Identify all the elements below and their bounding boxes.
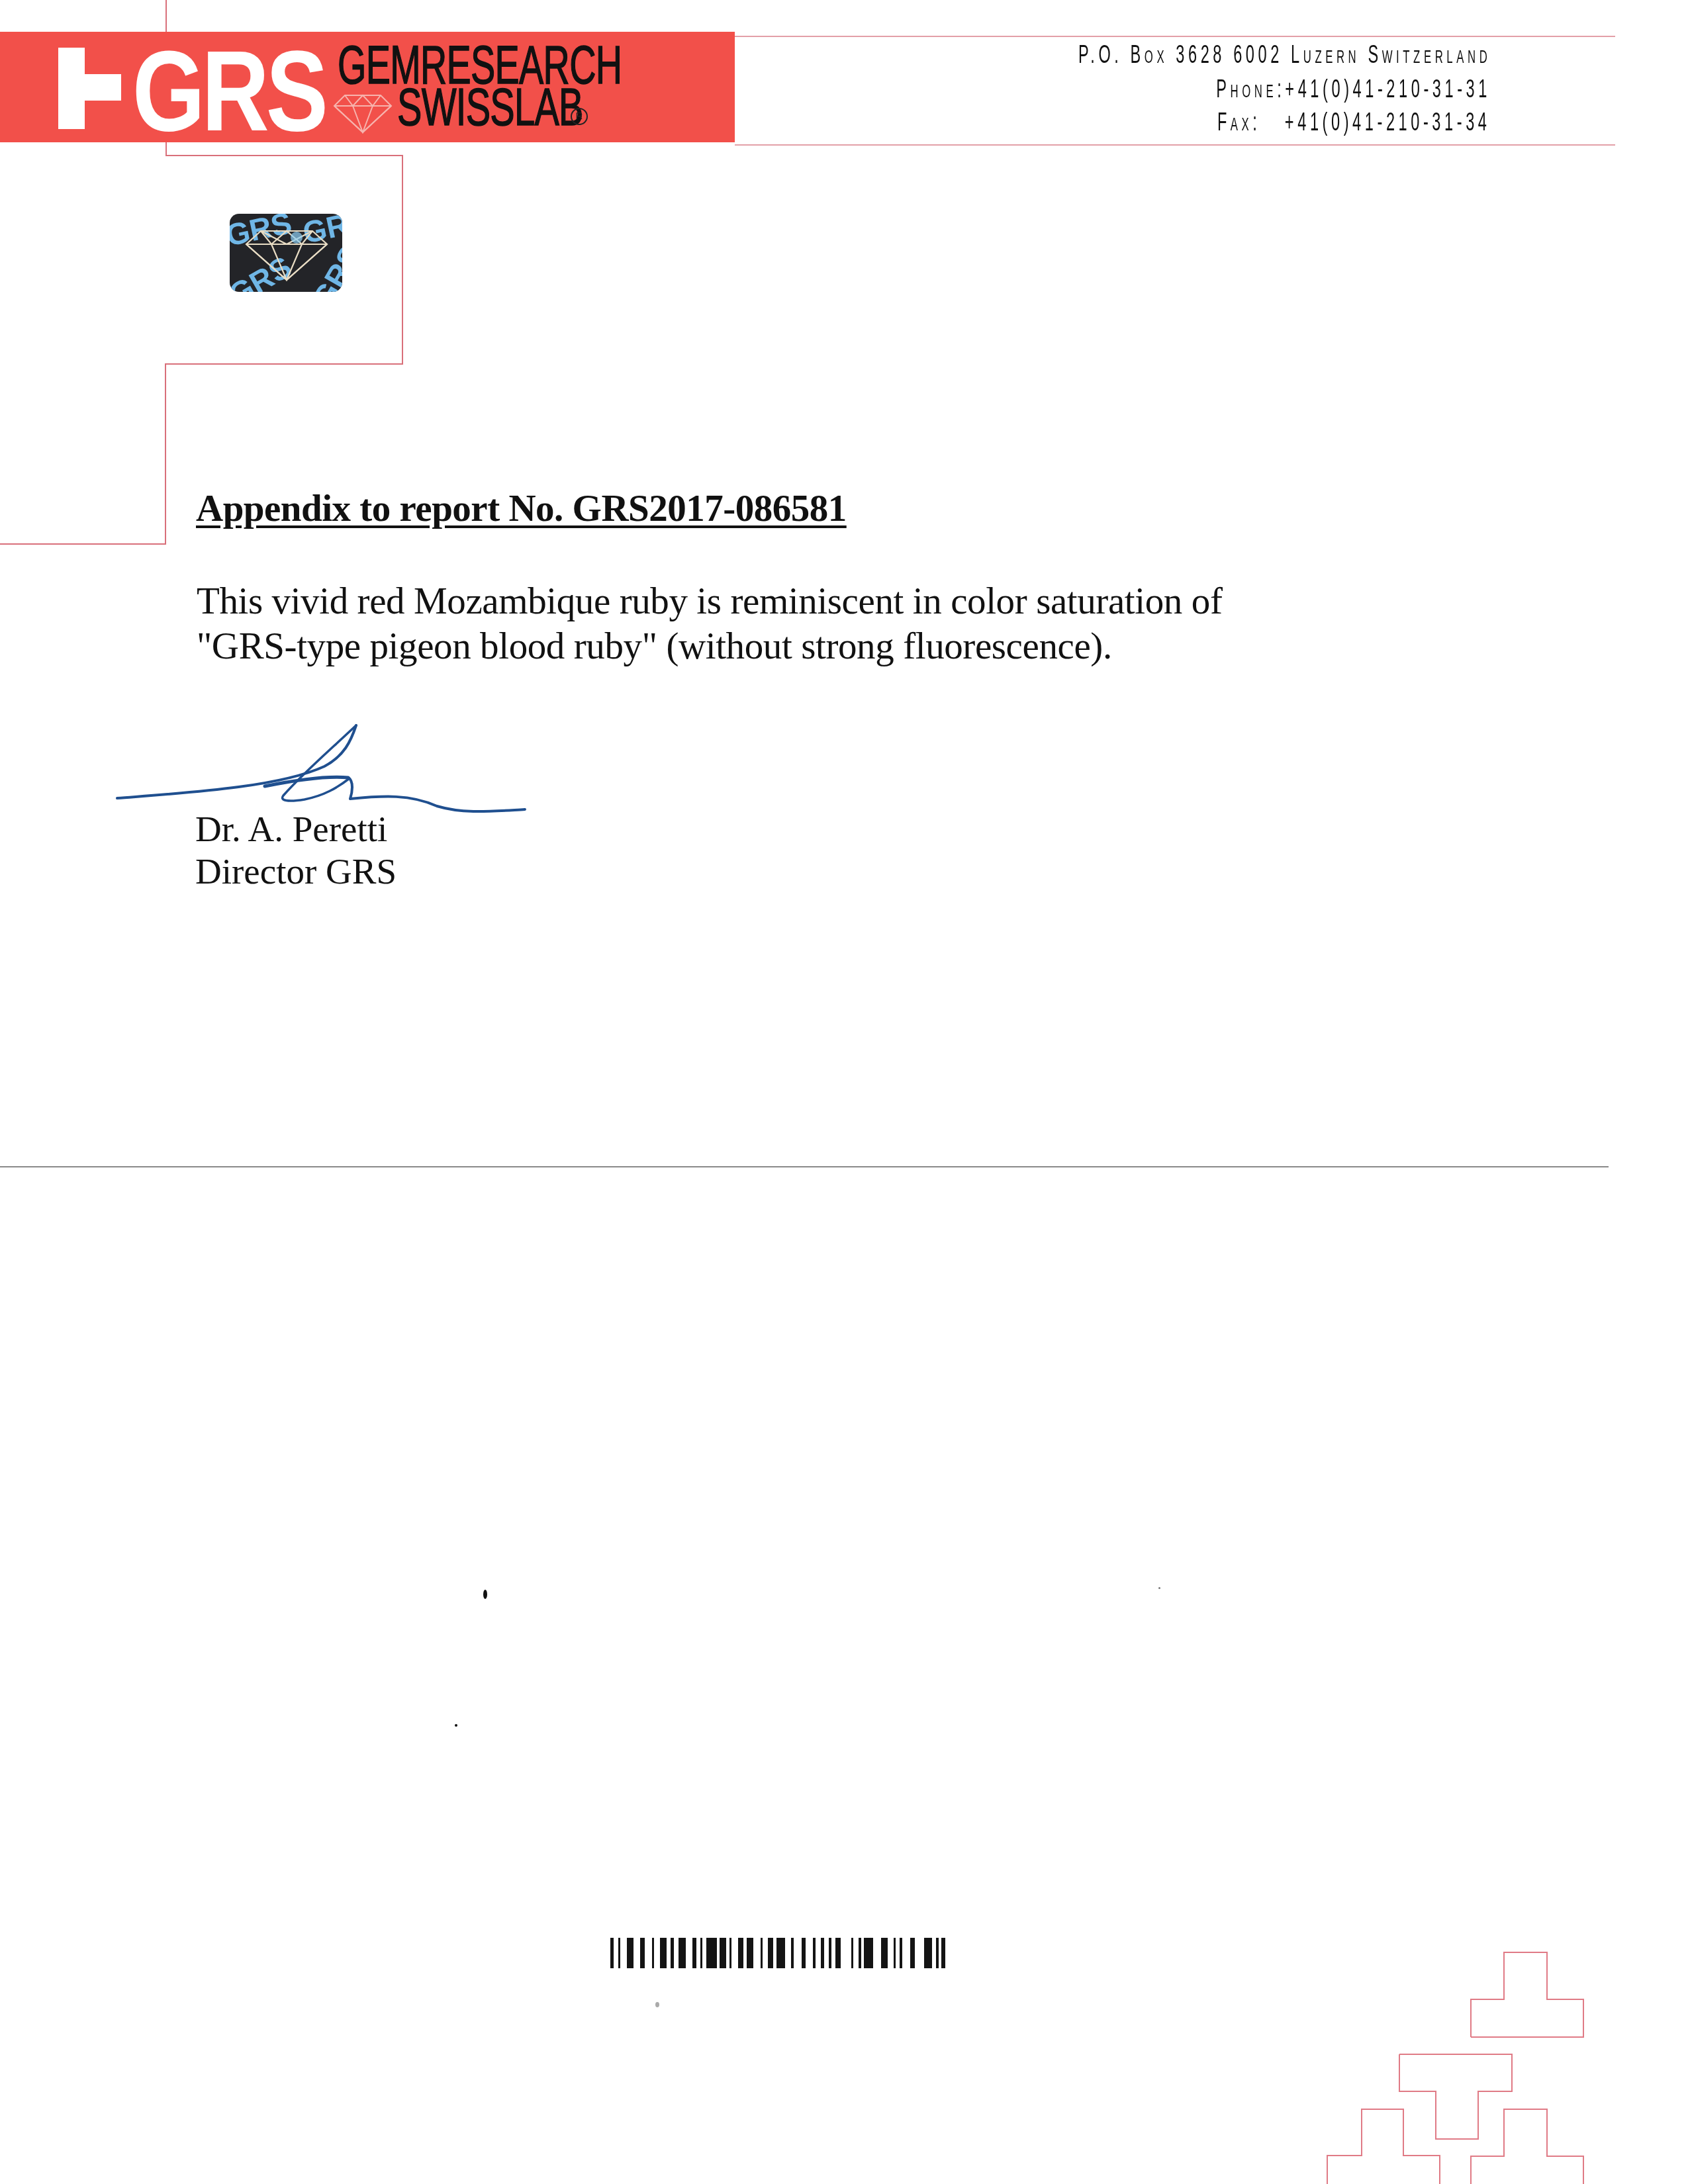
barcode-bar (747, 1938, 753, 1968)
barcode-bar (791, 1938, 794, 1968)
barcode-bar (671, 1938, 674, 1968)
barcode-bar (738, 1938, 743, 1968)
barcode-bar (618, 1938, 620, 1968)
signatory-title: Director GRS (195, 850, 397, 893)
registered-mark: R (571, 108, 588, 125)
barcode-bar (821, 1938, 824, 1968)
frame-line (165, 155, 402, 156)
barcode-bar (692, 1938, 696, 1968)
scan-speck (1158, 1587, 1160, 1589)
barcode-bar (894, 1938, 896, 1968)
report-statement: This vivid red Mozambique ruby is remini… (197, 579, 1335, 669)
signatory-name: Dr. A. Peretti (195, 808, 397, 850)
barcode-bar (652, 1938, 654, 1968)
report-heading: Appendix to report No. GRS2017-086581 (196, 487, 847, 530)
diamond-icon (333, 93, 393, 134)
statement-line: This vivid red Mozambique ruby is remini… (197, 579, 1335, 624)
phone-number: Phone:+41(0)41-210-31-31 (1216, 77, 1491, 102)
barcode-bar (660, 1938, 667, 1968)
barcode-bar (941, 1938, 945, 1968)
frame-line (165, 363, 166, 544)
barcode-bar (776, 1938, 785, 1968)
barcode-bar (802, 1938, 806, 1968)
scan-speck (483, 1590, 487, 1599)
barcode-bar (936, 1938, 939, 1968)
barcode-bar (610, 1938, 614, 1968)
swiss-cross-icon (58, 48, 121, 129)
page-divider (0, 1166, 1609, 1167)
barcode-bar (768, 1938, 773, 1968)
statement-line: "GRS-type pigeon blood ruby" (without st… (197, 624, 1335, 669)
barcode-bar (679, 1938, 686, 1968)
signatory-block: Dr. A. Peretti Director GRS (195, 808, 397, 893)
barcode-bar (829, 1938, 831, 1968)
barcode-bar (640, 1938, 645, 1968)
frame-line (735, 144, 1615, 146)
barcode-bar (813, 1938, 816, 1968)
barcode-bar (864, 1938, 873, 1968)
barcode-bar (835, 1938, 841, 1968)
fax-number: Fax: +41(0)41-210-31-34 (1217, 110, 1491, 135)
postal-address: P.O. Box 3628 6002 Luzern Switzerland (1078, 42, 1491, 68)
barcode-bar (900, 1938, 902, 1968)
swiss-cross-pattern-icon (1317, 1946, 1595, 2184)
barcode-bar (720, 1938, 726, 1968)
frame-line (165, 363, 402, 365)
barcode-bar (761, 1938, 763, 1968)
logo-mark: GRS (132, 34, 325, 148)
frame-line (165, 0, 167, 32)
barcode-bar (924, 1938, 932, 1968)
barcode-bar (859, 1938, 861, 1968)
barcode-bar (851, 1938, 853, 1968)
scan-speck (655, 2002, 659, 2007)
frame-line (402, 155, 403, 365)
diamond-icon (244, 227, 330, 281)
frame-line (0, 543, 166, 545)
barcode-bar (910, 1938, 915, 1968)
logo-line-swisslab: SWISSLAB (397, 81, 583, 134)
scan-speck (455, 1724, 457, 1727)
barcode-bar (627, 1938, 633, 1968)
frame-line (735, 36, 1615, 37)
barcode-bar (706, 1938, 717, 1968)
hologram-sticker: GRS GRS GRS GRS (230, 214, 342, 292)
barcode-bar (881, 1938, 888, 1968)
barcode-bar (729, 1938, 731, 1968)
barcode-bar (700, 1938, 702, 1968)
